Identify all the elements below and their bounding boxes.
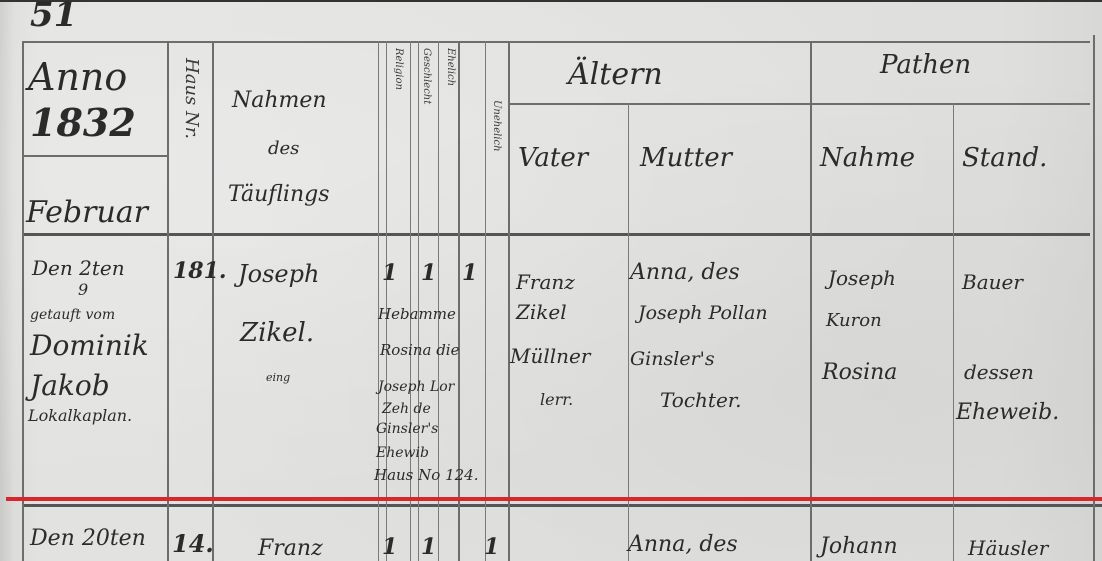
entry-father-line: lerr. [540, 392, 573, 408]
father-header: Vater [518, 145, 588, 171]
entry-midwife-line: Hebamme [378, 307, 456, 322]
header-bottom-line [22, 233, 1090, 236]
subheader-line [510, 103, 1090, 105]
house-number-header: Haus Nr. [181, 58, 202, 139]
parents-left-line [508, 41, 510, 561]
child-name-header-line2: des [268, 140, 299, 158]
entry-father-line: Müllner [510, 346, 590, 366]
parents-group-header: Ältern [568, 60, 663, 90]
entry-child-surname: Zikel. [240, 320, 314, 346]
entry-father-line: Zikel [516, 302, 567, 322]
entry-godparent-status: dessen [964, 362, 1034, 382]
entry-baptizer-line: getauft vom [30, 308, 115, 322]
entry-midwife-line: Ehewib [376, 446, 429, 460]
entry-baptizer-name: Jakob [30, 372, 110, 400]
entry-date-line: 9 [78, 282, 88, 298]
entry-mother-line: Anna, des [628, 534, 738, 556]
entry-godparent-name: Rosina [822, 362, 897, 384]
left-margin-line [22, 41, 24, 561]
row1-bottom-line [22, 504, 1102, 507]
entry-midwife-line: Ginsler's [376, 422, 438, 436]
entry-midwife-line: Rosina die [380, 343, 459, 358]
entry-house-number: 14. [172, 532, 214, 556]
rel-col-line-6 [485, 41, 486, 561]
year-value: 1832 [30, 104, 136, 142]
month-label: Februar [26, 198, 148, 228]
year-divider-line [22, 155, 168, 157]
father-mother-line [628, 103, 629, 561]
entry-baptizer-name: Dominik [30, 332, 149, 360]
entry-midwife-line: Joseph Lor [378, 380, 454, 394]
entry-godparent-status: Bauer [962, 272, 1023, 292]
year-label: Anno [28, 58, 127, 96]
date-col-line [167, 41, 169, 561]
entry-midwife-line: Zeh de [382, 402, 431, 416]
entry-child-name: Franz [258, 538, 323, 560]
religion-header: Religion [393, 48, 404, 90]
red-marker-line [6, 497, 1102, 501]
entry-mark: 1 [382, 262, 397, 284]
godparent-status-header: Stand. [962, 145, 1047, 171]
entry-mother-line: Joseph Pollan [638, 304, 768, 323]
godparent-name-header: Nahme [820, 145, 915, 171]
entry-father-line: Franz [516, 272, 575, 292]
entry-godparent-name: Joseph [828, 268, 896, 288]
entry-mother-line: Anna, des [630, 262, 740, 284]
header-top-line [22, 41, 1090, 43]
house-col-line [212, 41, 214, 561]
top-border [0, 0, 1102, 2]
entry-midwife-line: Haus No 124. [374, 468, 478, 483]
godparents-group-header: Pathen [880, 52, 971, 78]
entry-mark: 1 [462, 262, 477, 284]
register-page: 51 Anno 1832 Februar Haus Nr. Nahmen des… [0, 0, 1102, 561]
child-name-header-line1: Nahmen [232, 90, 327, 112]
child-name-header-line3: Täuflings [228, 184, 330, 206]
entry-mark: 1 [421, 536, 436, 558]
entry-mark: 1 [382, 536, 397, 558]
parents-godparents-line [810, 41, 812, 561]
sex-header: Geschlecht [421, 48, 432, 104]
right-margin-line [1093, 35, 1095, 561]
entry-house-number: 181. [173, 260, 227, 282]
entry-baptizer-title: Lokalkaplan. [28, 408, 132, 424]
entry-mother-line: Tochter. [660, 390, 742, 410]
legitimate-header: Ehelich [445, 48, 456, 86]
entry-child-name: Joseph [238, 262, 319, 286]
entry-godparent-status: Häusler [968, 538, 1048, 558]
entry-mother-line: Ginsler's [630, 350, 715, 369]
entry-child-note: eing [266, 372, 290, 383]
page-number: 51 [30, 0, 77, 32]
entry-date-line: Den 20ten [30, 528, 146, 550]
entry-godparent-status: Eheweib. [956, 402, 1059, 424]
entry-mark: 1 [484, 536, 499, 558]
godparent-name-status-line [953, 103, 954, 561]
illegitimate-header: Unehelich [491, 100, 502, 152]
entry-godparent-name: Kuron [826, 312, 882, 330]
entry-mark: 1 [421, 262, 436, 284]
mother-header: Mutter [640, 145, 732, 171]
entry-godparent-name: Johann [820, 536, 898, 558]
entry-date-line: Den 2ten [32, 258, 125, 278]
